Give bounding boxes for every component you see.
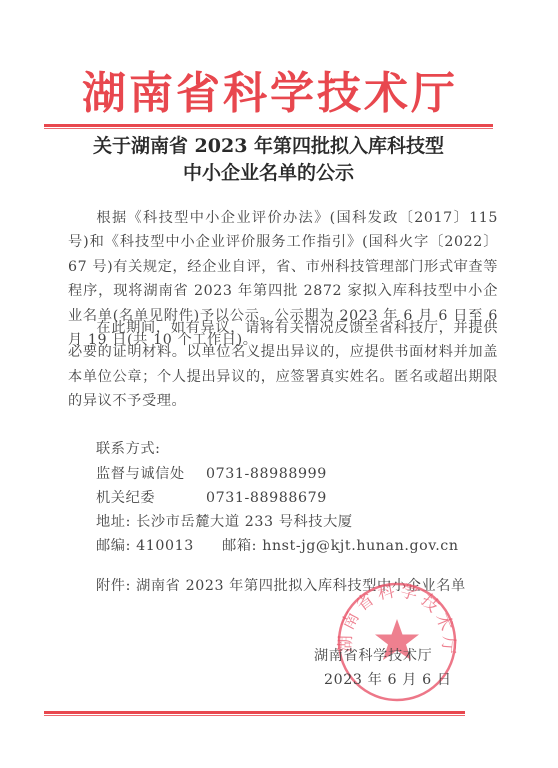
address-label: 地址: (96, 514, 131, 530)
masthead-org-name: 湖南省科学技术厅 (60, 68, 480, 120)
contact-dept-label: 机关纪委 (96, 487, 206, 507)
masthead-red-rule (44, 124, 493, 129)
signature-org: 湖南省科学技术厅 (314, 645, 432, 665)
contact-entry: 机关纪委0731-88988679 (96, 487, 327, 507)
contact-phone: 0731-88988679 (206, 490, 327, 506)
postcode-value: 410013 (136, 538, 194, 554)
address-value: 长沙市岳麓大道 233 号科技大厦 (136, 514, 353, 530)
document-title-line-1: 关于湖南省 2023 年第四批拟入库科技型 (44, 132, 493, 160)
email-value: hnst-jg@kjt.hunan.gov.cn (262, 538, 458, 554)
paragraph-text: 在此期间，如有异议，请将有关情况反馈至省科技厅，并提供必要的证明材料。以单位名义… (68, 316, 498, 414)
contact-entry: 监督与诚信处0731-88988999 (96, 463, 327, 483)
attachment-label: 附件: (96, 578, 131, 594)
body-paragraph-2: 在此期间，如有异议，请将有关情况反馈至省科技厅，并提供必要的证明材料。以单位名义… (68, 316, 498, 414)
contact-address: 地址: 长沙市岳麓大道 233 号科技大厦 (96, 511, 353, 531)
document-page: 湖南省科学技术厅 关于湖南省 2023 年第四批拟入库科技型 中小企业名单的公示… (0, 0, 558, 768)
contact-heading: 联系方式: (96, 438, 161, 458)
postcode-label: 邮编: (96, 538, 131, 554)
contact-phone: 0731-88988999 (206, 466, 327, 482)
email-label: 邮箱: (222, 538, 257, 554)
document-title-line-2: 中小企业名单的公示 (44, 159, 493, 187)
signature-date: 2023 年 6 月 6 日 (324, 669, 452, 689)
contact-dept-label: 监督与诚信处 (96, 463, 206, 483)
footer-red-rule (44, 711, 465, 716)
contact-postcode-email: 邮编: 410013 邮箱: hnst-jg@kjt.hunan.gov.cn (96, 535, 459, 555)
